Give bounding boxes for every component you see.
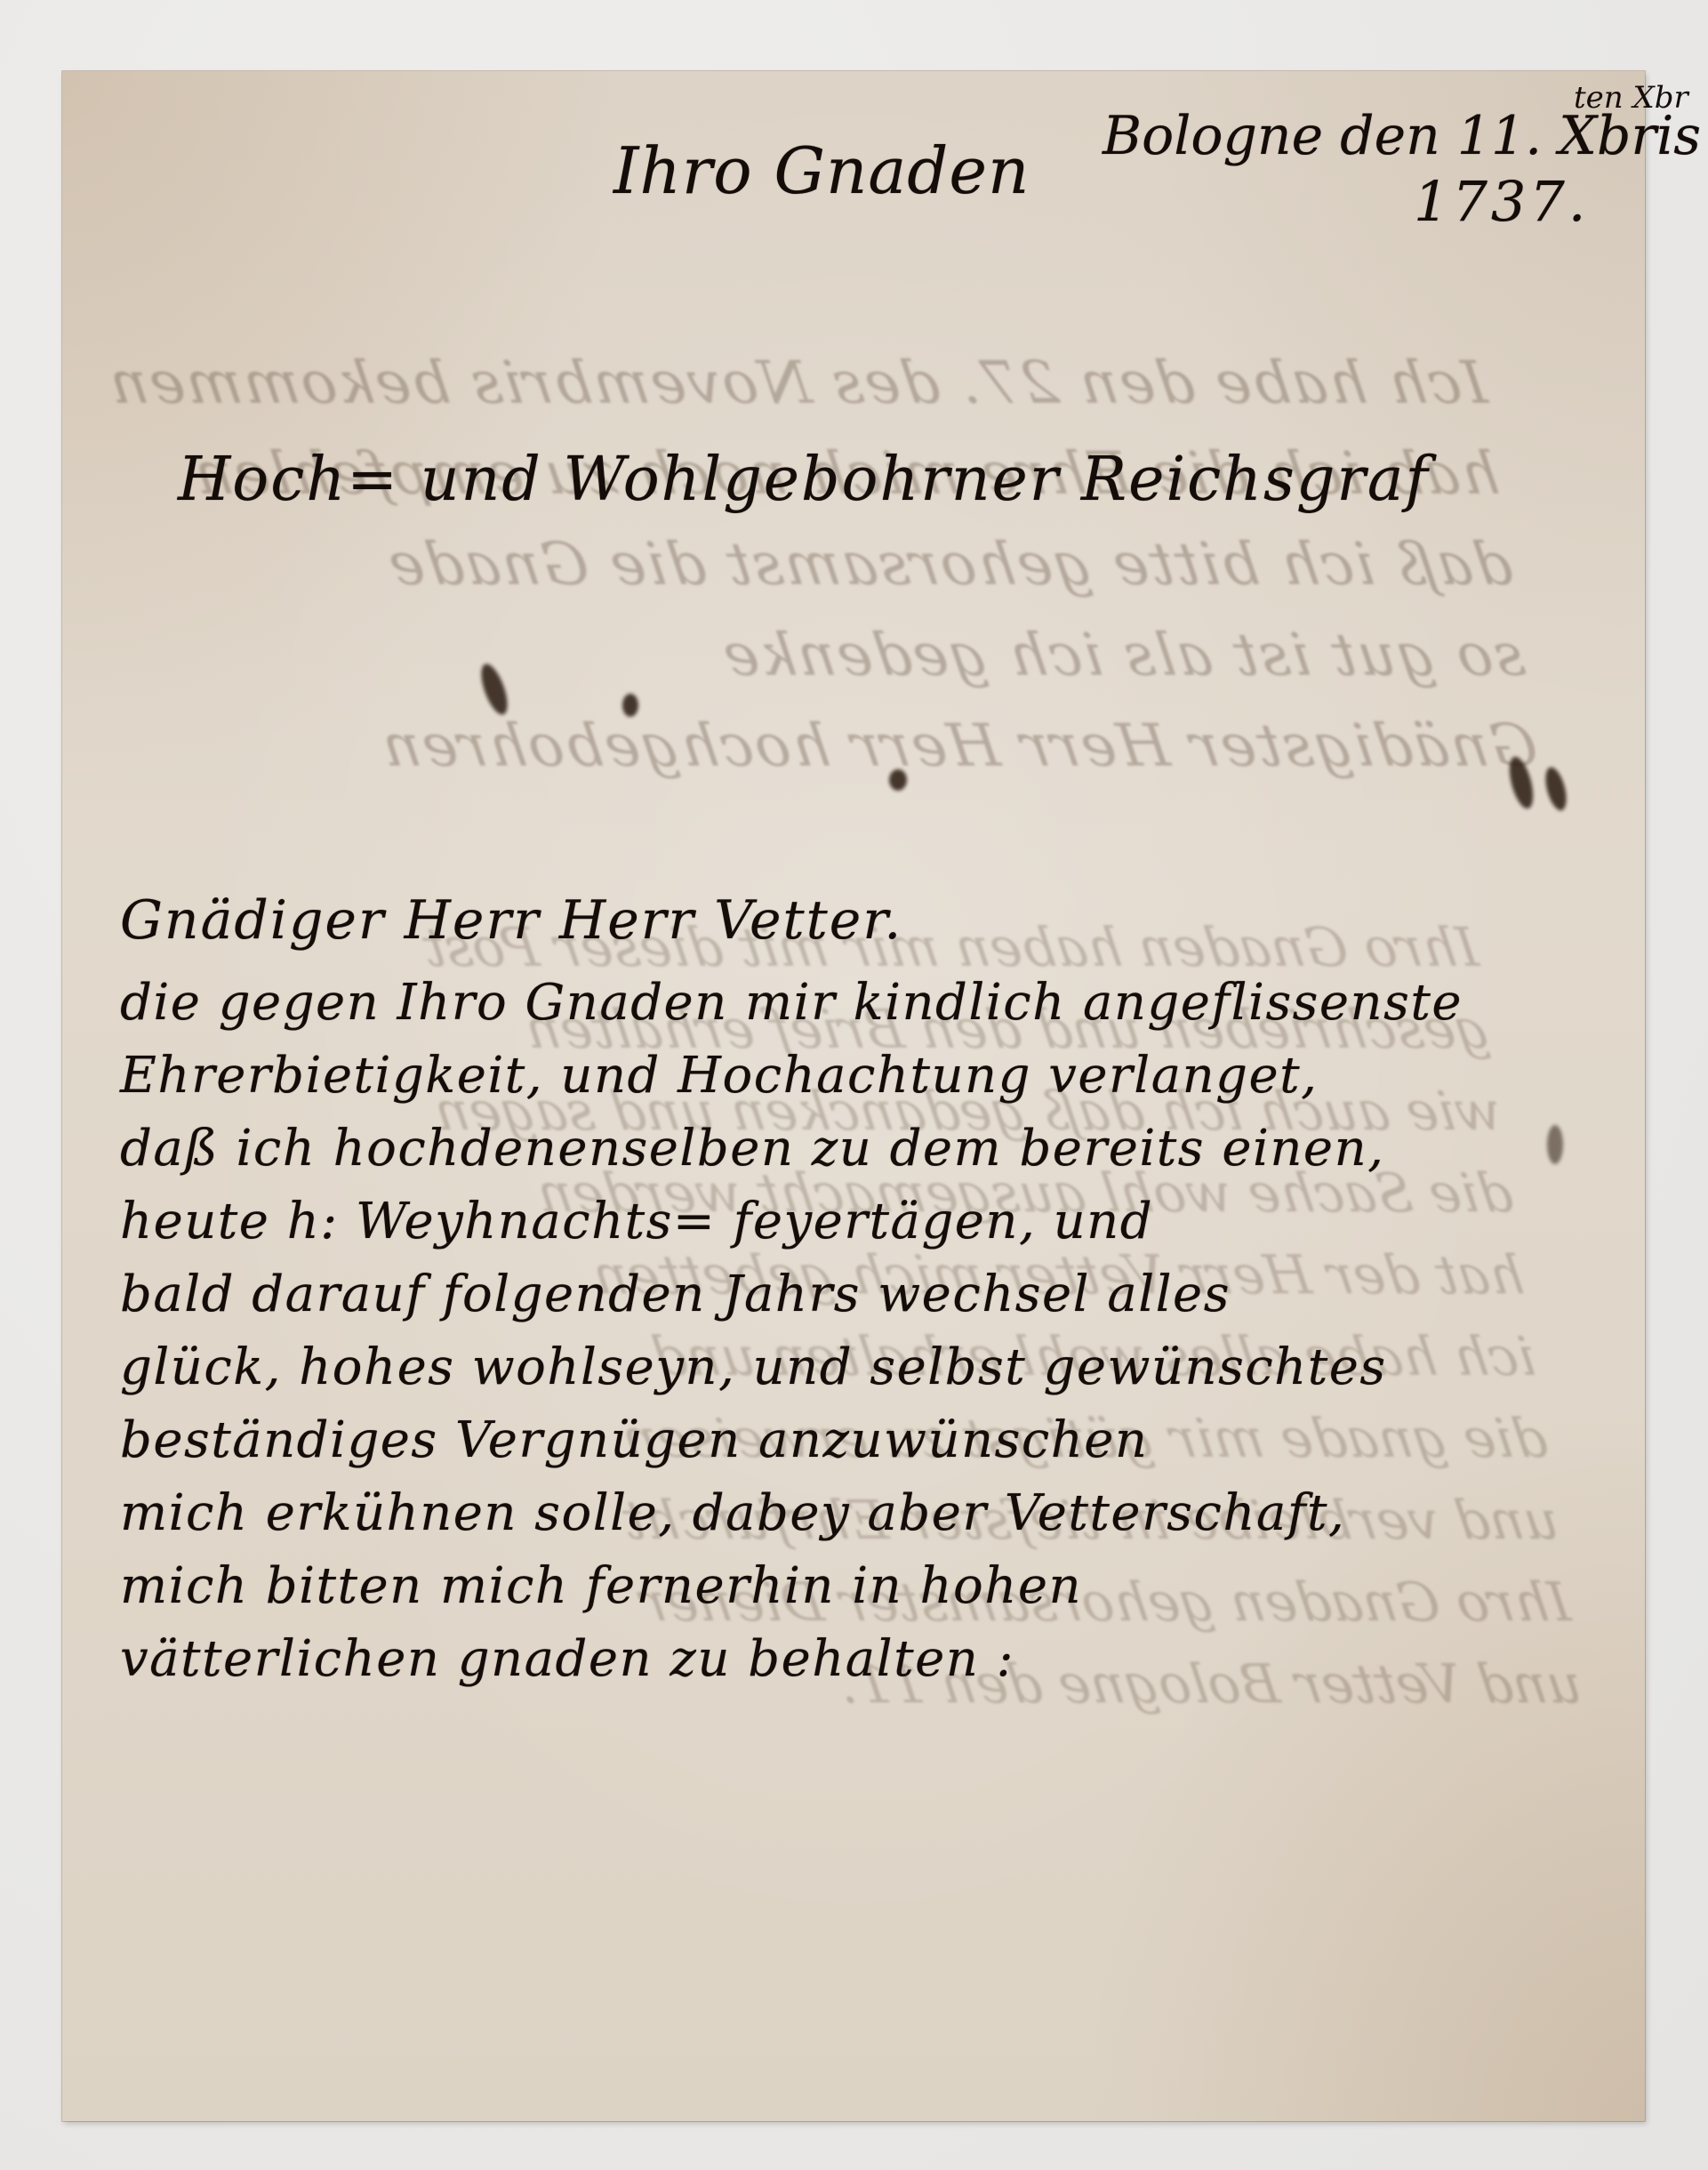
body-line: glück, hohes wohlseyn, und selbst gewüns…	[120, 1338, 1614, 1411]
year: 1737.	[1414, 169, 1590, 234]
body-line: bald darauf folgenden Jahrs wechsel alle…	[120, 1266, 1614, 1338]
letter-body: die gegen Ihro Gnaden mir kindlich angef…	[120, 974, 1614, 1703]
date-superscript: ten Xbr	[1574, 80, 1688, 116]
body-line: mich erkühnen solle, dabey aber Vettersc…	[120, 1484, 1614, 1557]
address-line: Ihro Gnaden	[613, 133, 1030, 208]
greeting: Gnädiger Herr Herr Vetter.	[120, 889, 902, 952]
body-line: Ehrerbietigkeit, und Hochachtung verlang…	[120, 1047, 1614, 1120]
place-date-text: Bologne den 11.	[1103, 105, 1542, 167]
body-line: beständiges Vergnügen anzuwünschen	[120, 1411, 1614, 1484]
ink-blot	[622, 694, 638, 717]
body-line: mich bitten mich fernerhin in hohen	[120, 1557, 1614, 1630]
body-line: vätterlichen gnaden zu behalten :	[120, 1630, 1614, 1703]
body-line: heute h: Weyhnachts= feyertägen, und	[120, 1193, 1614, 1266]
ink-blot	[889, 769, 907, 791]
body-line: die gegen Ihro Gnaden mir kindlich angef…	[120, 974, 1614, 1047]
salutation: Hoch= und Wohlgebohrner Reichsgraf	[178, 445, 1430, 515]
body-line: daß ich hochdenenselben zu dem bereits e…	[120, 1120, 1614, 1193]
